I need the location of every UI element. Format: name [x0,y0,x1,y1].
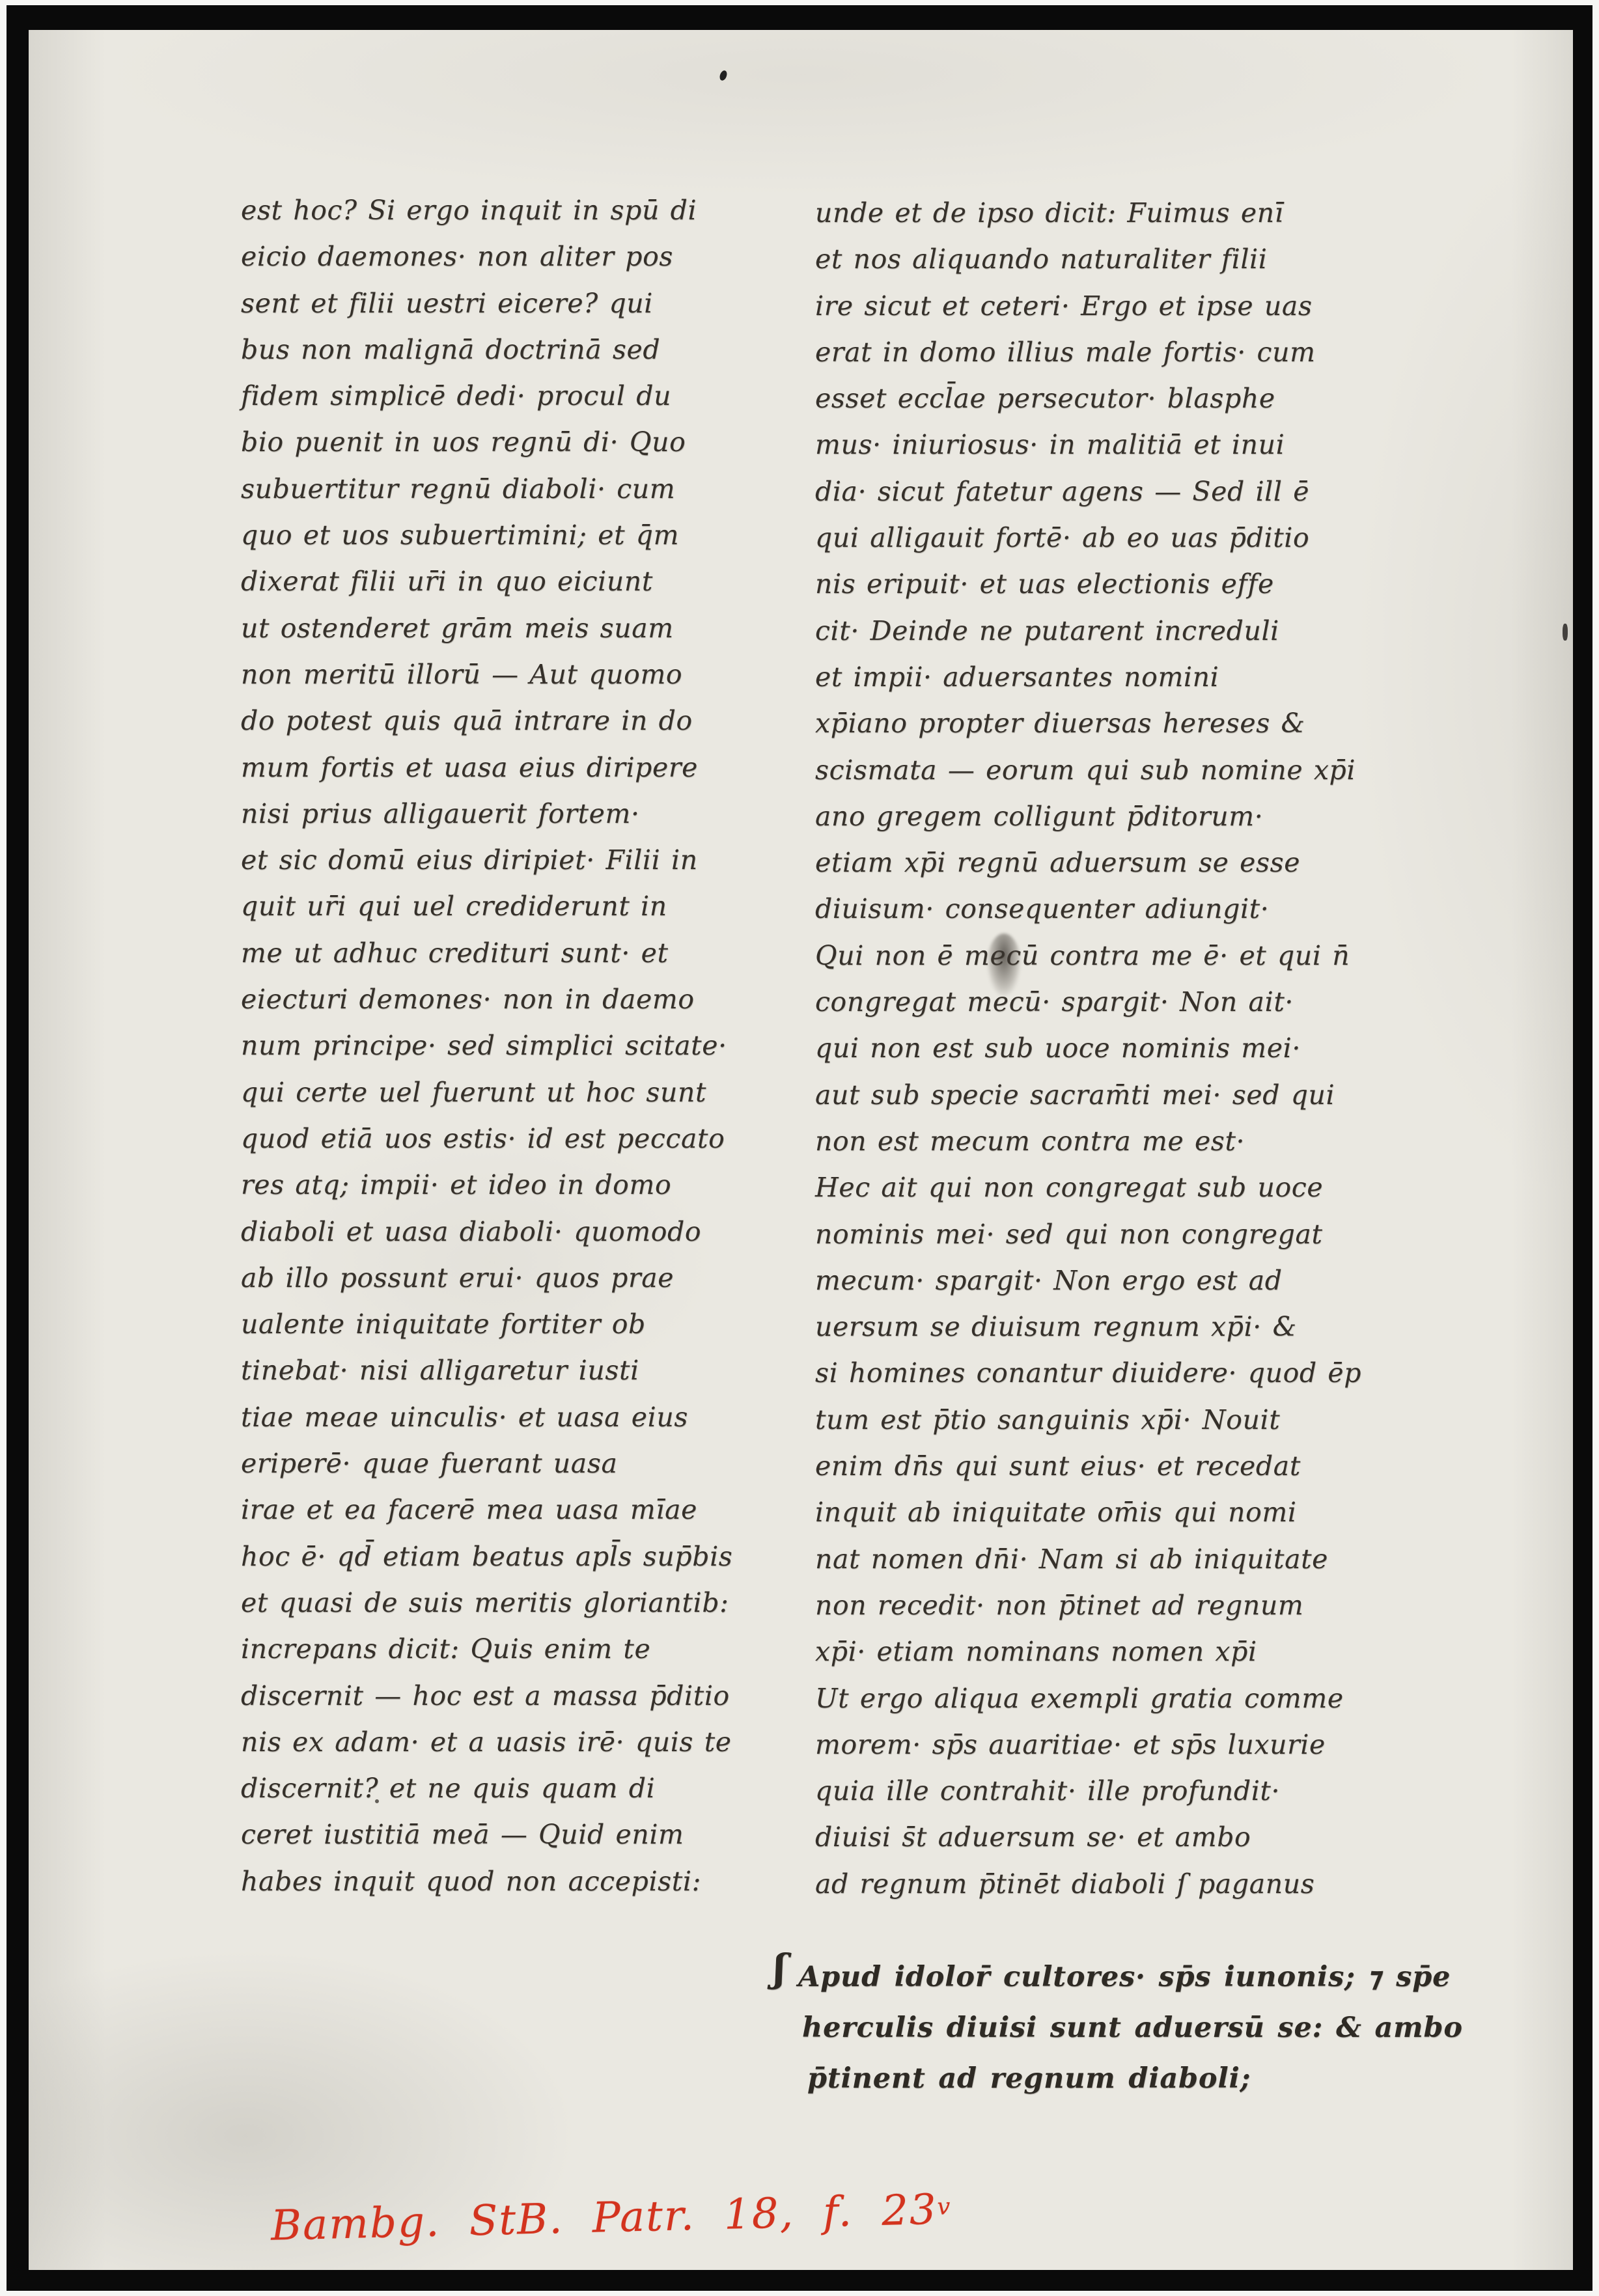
manuscript-line: non recedit· non p̄tinet ad regnum [815,1583,1414,1629]
manuscript-line: non est mecum contra me est· [815,1118,1414,1165]
manuscript-line: discernit — hoc est a massa p̄ditio [241,1673,814,1719]
folio-side-superscript: v [937,2193,952,2220]
manuscript-line: ualente iniquitate fortiter ob [241,1301,814,1348]
manuscript-line: xp̄iano propter diuersas hereses & [815,700,1414,747]
manuscript-line: ad regnum p̄tinēt diaboli ſ paganus [815,1861,1414,1907]
manuscript-line: tiae meae uinculis· et uasa eius [241,1394,814,1441]
manuscript-line: esset eccl̄ae persecutor· blasphe [815,376,1414,422]
manuscript-line: non meritū illorū — Aut quomo [241,652,814,698]
manuscript-line: qui certe uel fuerunt ut hoc sunt [241,1070,814,1116]
manuscript-line: ceret iustitiā meā — Quid enim [241,1812,814,1858]
manuscript-line: hoc ē· qd̄ etiam beatus apl̄s sup̄bis [241,1534,814,1580]
manuscript-line: ut ostenderet grām meis suam [241,605,814,652]
manuscript-line: qui alligauit fortē· ab eo uas p̄ditio [815,515,1414,561]
manuscript-line: res atq; impii· et ideo in domo [241,1162,814,1208]
manuscript-line: diuisum· consequenter adiungit· [815,886,1414,932]
manuscript-line: et nos aliquando naturaliter filii [815,236,1414,283]
manuscript-line: et quasi de suis meritis gloriantib: [241,1580,814,1626]
manuscript-line: nominis mei· sed qui non congregat [815,1211,1414,1258]
manuscript-line: fidem simplicē dedi· procul du [241,373,814,419]
manuscript-line: herculis diuisi sunt aduersū se: & ambo [802,2002,1449,2053]
manuscript-line: bus non malignā doctrinā sed [241,327,814,373]
manuscript-line: ire sicut et ceteri· Ergo et ipse uas [815,283,1414,329]
manuscript-line: xp̄i· etiam nominans nomen xp̄i [815,1629,1414,1675]
ink-speck [375,1799,379,1803]
manuscript-line: quia ille contrahit· ille profundit· [815,1768,1414,1814]
ink-speck [1563,624,1568,641]
manuscript-line: mus· iniuriosus· in malitiā et inui [815,422,1414,468]
manuscript-line: qui non est sub uoce nominis mei· [815,1025,1414,1072]
manuscript-line: sent et filii uestri eicere? qui [241,281,814,327]
manuscript-line: do potest quis quā intrare in do [241,698,814,744]
parchment-page: est hoc? Si ergo inquit in spū dieicio d… [29,30,1573,2270]
manuscript-line: nisi prius alligauerit fortem· [241,791,814,837]
manuscript-line: irae et ea facerē mea uasa mīae [241,1487,814,1533]
corrector-note: ʃ Apud idolor̄ cultores· sp̄s iunonis; ⁊… [798,1952,1449,2104]
manuscript-line: morem· sp̄s auaritiae· et sp̄s luxurie [815,1722,1414,1768]
manuscript-line: scismata — eorum qui sub nomine xp̄i [815,747,1414,794]
manuscript-line: bio puenit in uos regnū di· Quo [241,419,814,465]
manuscript-line: discernit? et ne quis quam di [241,1765,814,1812]
text-column-right: unde et de ipso dicit: Fuimus enīet nos … [815,190,1414,1907]
manuscript-line: ano gregem colligunt p̄ditorum· [815,794,1414,840]
manuscript-line: Qui non ē mecū contra me ē· et qui n̄ [815,933,1414,979]
manuscript-line: increpans dicit: Quis enim te [241,1626,814,1672]
manuscript-scan: est hoc? Si ergo inquit in spū dieicio d… [0,0,1599,2296]
manuscript-line: mum fortis et uasa eius diripere [241,745,814,791]
manuscript-line: eicio daemones· non aliter pos [241,234,814,280]
manuscript-line: uersum se diuisum regnum xp̄i· & [815,1304,1414,1350]
manuscript-line: quo et uos subuertimini; et q̄m [241,512,814,559]
manuscript-line: inquit ab iniquitate om̄is qui nomi [815,1489,1414,1536]
manuscript-line: mecum· spargit· Non ergo est ad [815,1258,1414,1304]
manuscript-line: me ut adhuc credituri sunt· et [241,930,814,976]
manuscript-line: eiecturi demones· non in daemo [241,976,814,1023]
manuscript-line: eriperē· quae fuerant uasa [241,1441,814,1487]
manuscript-line: erat in domo illius male fortis· cum [815,329,1414,376]
manuscript-line: Hec ait qui non congregat sub uoce [815,1165,1414,1211]
ink-speck [719,70,729,81]
ink-blot [987,934,1021,996]
manuscript-line: unde et de ipso dicit: Fuimus enī [815,190,1414,236]
manuscript-line: num principe· sed simplici scitate· [241,1023,814,1069]
manuscript-line: etiam xp̄i regnū aduersum se esse [815,840,1414,886]
manuscript-line: Ut ergo aliqua exempli gratia comme [815,1676,1414,1722]
manuscript-line: diuisi s̄t aduersum se· et ambo [815,1814,1414,1860]
manuscript-line: aut sub specie sacram̄ti mei· sed qui [815,1072,1414,1118]
manuscript-line: p̄tinent ad regnum diaboli; [807,2053,1449,2104]
manuscript-line: tum est p̄tio sanguinis xp̄i· Nouit [815,1397,1414,1443]
corrector-note-lines: Apud idolor̄ cultores· sp̄s iunonis; ⁊ s… [798,1952,1449,2104]
manuscript-line: Apud idolor̄ cultores· sp̄s iunonis; ⁊ s… [798,1952,1449,2002]
manuscript-line: est hoc? Si ergo inquit in spū di [241,187,814,234]
paragraph-mark: ʃ [773,1943,786,1993]
manuscript-line: et sic domū eius diripiet· Filii in [241,837,814,883]
manuscript-line: diaboli et uasa diaboli· quomodo [241,1209,814,1255]
manuscript-line: nis ex adam· et a uasis irē· quis te [241,1719,814,1765]
shelfmark-text: Bambg. StB. Patr. 18, f. 23 [270,2186,938,2250]
manuscript-line: et impii· aduersantes nomini [815,654,1414,700]
manuscript-line: quod etiā uos estis· id est peccato [241,1116,814,1162]
manuscript-line: ab illo possunt erui· quos prae [241,1255,814,1301]
manuscript-line: tinebat· nisi alligaretur iusti [241,1348,814,1394]
manuscript-line: cit· Deinde ne putarent increduli [815,608,1414,654]
shelfmark-red-ink: Bambg. StB. Patr. 18, f. 23v [270,2185,952,2250]
manuscript-line: nis eripuit· et uas electionis effe [815,561,1414,607]
manuscript-line: quit ur̄i qui uel crediderunt in [241,883,814,930]
manuscript-line: nat nomen dn̄i· Nam si ab iniquitate [815,1536,1414,1583]
manuscript-line: dia· sicut fatetur agens — Sed ill ē [815,469,1414,515]
manuscript-line: subuertitur regnū diaboli· cum [241,466,814,512]
manuscript-line: habes inquit quod non accepisti: [241,1859,814,1905]
manuscript-line: si homines conantur diuidere· quod ēp [815,1350,1414,1396]
manuscript-line: congregat mecū· spargit· Non ait· [815,979,1414,1025]
text-column-left: est hoc? Si ergo inquit in spū dieicio d… [241,187,814,1905]
manuscript-line: dixerat filii ur̄i in quo eiciunt [241,559,814,605]
manuscript-line: enim dn̄s qui sunt eius· et recedat [815,1443,1414,1489]
